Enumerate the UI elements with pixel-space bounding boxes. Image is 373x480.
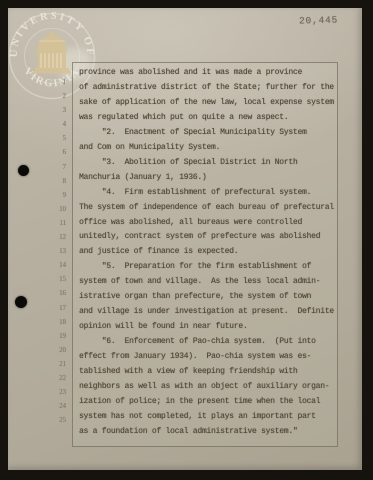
typed-line: and justice of finance is expected. — [79, 245, 337, 260]
line-number: 21 — [48, 358, 66, 372]
hole-punch-bottom — [15, 296, 27, 308]
line-number: 25 — [48, 414, 66, 428]
typed-line: as a foundation of local administrative … — [79, 425, 337, 440]
rotunda-icon — [33, 32, 71, 74]
typed-line: ization of police; in the present time w… — [79, 395, 337, 410]
line-number: 3 — [48, 104, 66, 118]
line-number: 1 — [48, 76, 66, 90]
line-number: 11 — [48, 217, 66, 231]
line-number: 6 — [48, 146, 66, 160]
line-number: 17 — [48, 302, 66, 316]
typed-line: tablished with a view of keeping friends… — [79, 365, 337, 380]
typed-line: unitedly, contract system of prefecture … — [79, 230, 337, 245]
line-number: 19 — [48, 330, 66, 344]
scanned-page-frame: UNIVERSITY OF VIRGINIA 20,445 1234567891… — [0, 0, 373, 480]
typed-line: "3. Abolition of Special District in Nor… — [79, 156, 337, 171]
line-number: 22 — [48, 372, 66, 386]
typed-text-block: province was abolished and it was made a… — [79, 66, 337, 440]
typed-line: effect from January 1934). Pao-chia syst… — [79, 350, 337, 365]
line-number: 14 — [48, 259, 66, 273]
typed-line: "2. Enactment of Special Municipality Sy… — [79, 126, 337, 141]
typed-line: "6. Enforcement of Pao-chia system. (Put… — [79, 335, 337, 350]
typed-line: system has not completed, it plays an im… — [79, 410, 337, 425]
typed-line: "4. Firm establishment of prefectural sy… — [79, 186, 337, 201]
line-number: 7 — [48, 161, 66, 175]
line-number: 18 — [48, 316, 66, 330]
line-number: 9 — [48, 189, 66, 203]
line-number: 15 — [48, 273, 66, 287]
line-number: 4 — [48, 118, 66, 132]
typed-line: The system of independence of each burea… — [79, 201, 337, 216]
typed-line: sake of application of the new law, loca… — [79, 96, 337, 111]
line-number: 13 — [48, 245, 66, 259]
typed-line: opinion will be found in near future. — [79, 320, 337, 335]
line-number: 23 — [48, 386, 66, 400]
line-number: 16 — [48, 287, 66, 301]
line-number: 12 — [48, 231, 66, 245]
typed-line: and village is under investigation at pr… — [79, 305, 337, 320]
typed-line: province was abolished and it was made a… — [79, 66, 337, 81]
line-number: 24 — [48, 400, 66, 414]
typed-line: office was abolished, all bureaus were c… — [79, 216, 337, 231]
line-number-column: 1234567891011121314151617181920212223242… — [48, 76, 66, 428]
typed-line: neighbors as well as with an object of a… — [79, 380, 337, 395]
typed-line: system of town and village. As the less … — [79, 275, 337, 290]
catalog-number: 20,445 — [299, 14, 338, 26]
typed-line: and Com on Municipality System. — [79, 141, 337, 156]
typed-line: of administrative district of the State;… — [79, 81, 337, 96]
line-number: 8 — [48, 175, 66, 189]
line-number: 20 — [48, 344, 66, 358]
hole-punch-top — [18, 165, 29, 176]
typed-line: was regulated which put on quite a new a… — [79, 111, 337, 126]
line-number: 10 — [48, 203, 66, 217]
typed-line: Manchuria (January 1, 1936.) — [79, 171, 337, 186]
typed-line: "5. Preparation for the firm establishme… — [79, 260, 337, 275]
line-number: 5 — [48, 132, 66, 146]
typed-line: istrative organ than prefecture, the sys… — [79, 290, 337, 305]
line-number: 2 — [48, 90, 66, 104]
